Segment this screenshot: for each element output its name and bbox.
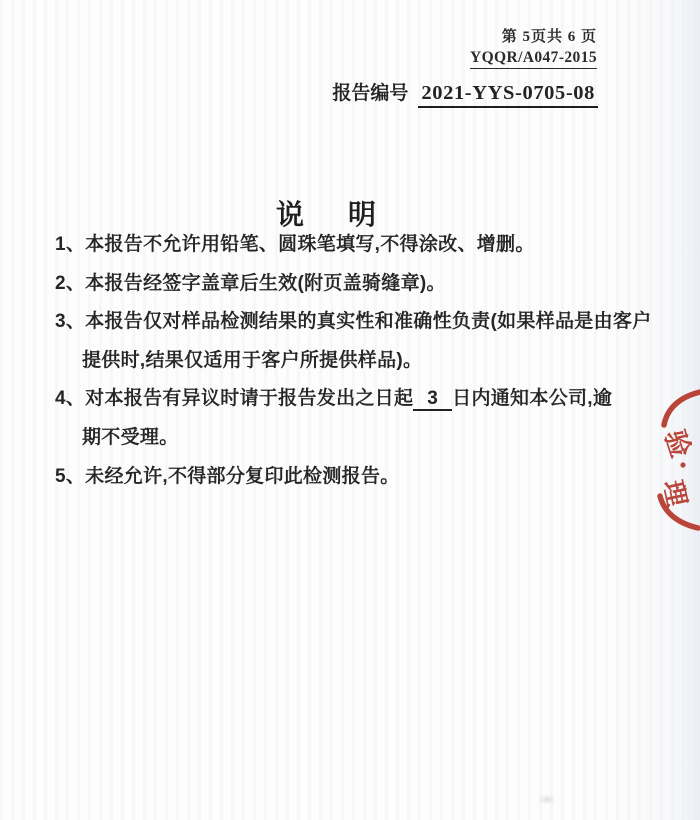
note-item-3-line-2: 提供时,结果仅适用于客户所提供样品)。 [55,342,670,381]
report-no-label: 报告编号 [332,83,408,104]
note-item-3-line-1: 3、本报告仅对样品检测结果的真实性和准确性负责(如果样品是由客户 [55,303,670,342]
report-no-value: 2021-YYS-0705-08 [418,82,598,108]
note-item-4-line-1: 4、对本报告有异议时请于报告发出之日起3日内通知本公司,逾 [55,380,670,419]
note-item-4-after: 日内通知本公司,逾 [452,388,612,409]
stamp-dot [680,462,685,467]
note-item-2: 2、本报告经签字盖章后生效(附页盖骑缝章)。 [55,265,670,304]
stamp-bottom-arc [660,496,698,528]
page-number: 第 5页共 6 页 [470,25,597,46]
doc-code: YQQR/A047-2015 [470,49,597,69]
notes-list: 1、本报告不允许用铅笔、圆珠笔填写,不得涂改、增删。 2、本报告经签字盖章后生效… [55,226,670,496]
note-item-5: 5、未经允许,不得部分复印此检测报告。 [55,458,670,497]
note-blank-days: 3 [413,389,452,411]
document-page: 第 5页共 6 页 YQQR/A047-2015 报告编号2021-YYS-07… [0,0,700,820]
page-header: 第 5页共 6 页 YQQR/A047-2015 [470,25,597,69]
note-item-4-before: 4、对本报告有异议时请于报告发出之日起 [55,388,413,409]
note-item-1: 1、本报告不允许用铅笔、圆珠笔填写,不得涂改、增删。 [55,226,670,265]
report-number-line: 报告编号2021-YYS-0705-08 [332,78,598,108]
scan-artifact [538,794,556,805]
note-item-4-line-2: 期不受理。 [55,419,670,458]
